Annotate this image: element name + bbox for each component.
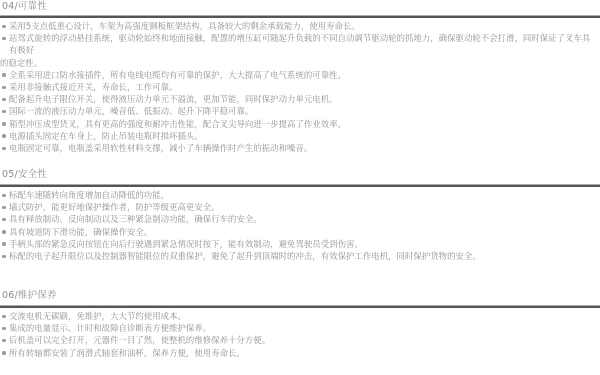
section-reliability: 04/可靠性 采用5支点低重心设计，车架为高强度钢板框架结构，具备较大的剩余承载… bbox=[0, 0, 600, 154]
list-item-continuation: 的稳定性。 bbox=[0, 57, 596, 69]
list-item: 采用非接触式接近开关，寿命长，工作可靠。 bbox=[0, 81, 600, 93]
bullet-icon bbox=[2, 73, 6, 77]
list-item: 采用5支点低重心设计，车架为高强度钢板框架结构，具备较大的剩余承载能力，使用寿命… bbox=[0, 20, 600, 32]
list-item: 后机盖可以完全打开，元器件一目了然，使整机的维修保养十分方便。 bbox=[0, 334, 600, 346]
bullet-icon bbox=[2, 315, 6, 319]
list-item: 标配车速随转向角度增加自动降低的功能。 bbox=[0, 189, 600, 201]
list-item: 具有释放制动、反向制动以及三种紧急制动功能，确保行车的安全。 bbox=[0, 213, 600, 225]
bullet-icon bbox=[2, 242, 6, 246]
bullet-icon bbox=[2, 86, 6, 90]
list-item: 手柄头部的紧急反向按钮在向后行驶遇到紧急情况时按下，能有效制动，避免驾驶员受到伤… bbox=[0, 238, 600, 250]
list-item: 电瓶固定可靠，电瓶盖采用软性材料支撑，减小了车辆操作时产生的振动和噪音。 bbox=[0, 142, 600, 154]
section-title: 04/可靠性 bbox=[0, 0, 600, 14]
list-item: 标配的电子起升限位以及控制器智能限位的双重保护，避免了起升到顶端时的冲击，有效保… bbox=[0, 250, 600, 262]
section-maintenance: 06/维护保养 交流电机无碳刷，免维护，大大节约使用成本。 集成的电量显示、计时… bbox=[0, 289, 600, 359]
list-item: 交流电机无碳刷，免维护，大大节约使用成本。 bbox=[0, 310, 600, 322]
section-title: 06/维护保养 bbox=[0, 289, 600, 303]
list-item: 全系采用进口防水接插件，所有电线电缆均有可靠的保护，大大提高了电气系统的可靠性。 bbox=[0, 69, 600, 81]
feature-list: 采用5支点低重心设计，车架为高强度钢板框架结构，具备较大的剩余承载能力，使用寿命… bbox=[0, 18, 600, 154]
feature-list: 标配车速随转向角度增加自动降低的功能。 墙式防护，能更好地保护操作者，防护等级更… bbox=[0, 187, 600, 262]
bullet-icon bbox=[2, 110, 6, 114]
list-item: 集成的电量显示、计时和故障自诊断表方便维护保养。 bbox=[0, 322, 600, 334]
bullet-icon bbox=[2, 134, 6, 138]
list-item: 配备起升电子限位开关，使得液压动力单元不溢流，更加节能，同时保护动力单元电机。 bbox=[0, 93, 600, 105]
bullet-icon bbox=[2, 218, 6, 222]
bullet-icon bbox=[2, 147, 6, 151]
list-item: 国际一流的液压动力单元，噪音低、低振动、起升下降平稳可靠。 bbox=[0, 105, 600, 117]
section-title: 05/安全性 bbox=[0, 168, 600, 182]
bullet-icon bbox=[2, 351, 6, 355]
bullet-icon bbox=[2, 206, 6, 210]
list-item: 箱型冲压成型货叉，具有更高的强度和耐冲击性能，配合叉尖导向进一步提高了作业效率。 bbox=[0, 118, 600, 130]
bullet-icon bbox=[2, 98, 6, 102]
bullet-icon bbox=[2, 122, 6, 126]
list-item: 具有坡道防下滑功能，确保操作安全。 bbox=[0, 226, 600, 238]
list-item: 所有转轴都安装了润滑式轴套和油杯，保养方便，使用寿命长。 bbox=[0, 347, 600, 359]
section-safety: 05/安全性 标配车速随转向角度增加自动降低的功能。 墙式防护，能更好地保护操作… bbox=[0, 168, 600, 262]
bullet-icon bbox=[2, 37, 6, 41]
bullet-icon bbox=[2, 327, 6, 331]
bullet-icon bbox=[2, 255, 6, 259]
bullet-icon bbox=[2, 194, 6, 198]
list-item: 站驾式旋转的浮动悬挂系统，驱动轮始终和地面接触，配置的增压缸可随起升负载的不同自… bbox=[0, 32, 600, 69]
bullet-icon bbox=[2, 230, 6, 234]
list-item: 电源插头固定在车身上，防止吊装电瓶时损坏插头。 bbox=[0, 130, 600, 142]
list-item: 墙式防护，能更好地保护操作者，防护等级更高更安全。 bbox=[0, 201, 600, 213]
bullet-icon bbox=[2, 25, 6, 29]
bullet-icon bbox=[2, 339, 6, 343]
feature-list: 交流电机无碳刷，免维护，大大节约使用成本。 集成的电量显示、计时和故障自诊断表方… bbox=[0, 308, 600, 359]
